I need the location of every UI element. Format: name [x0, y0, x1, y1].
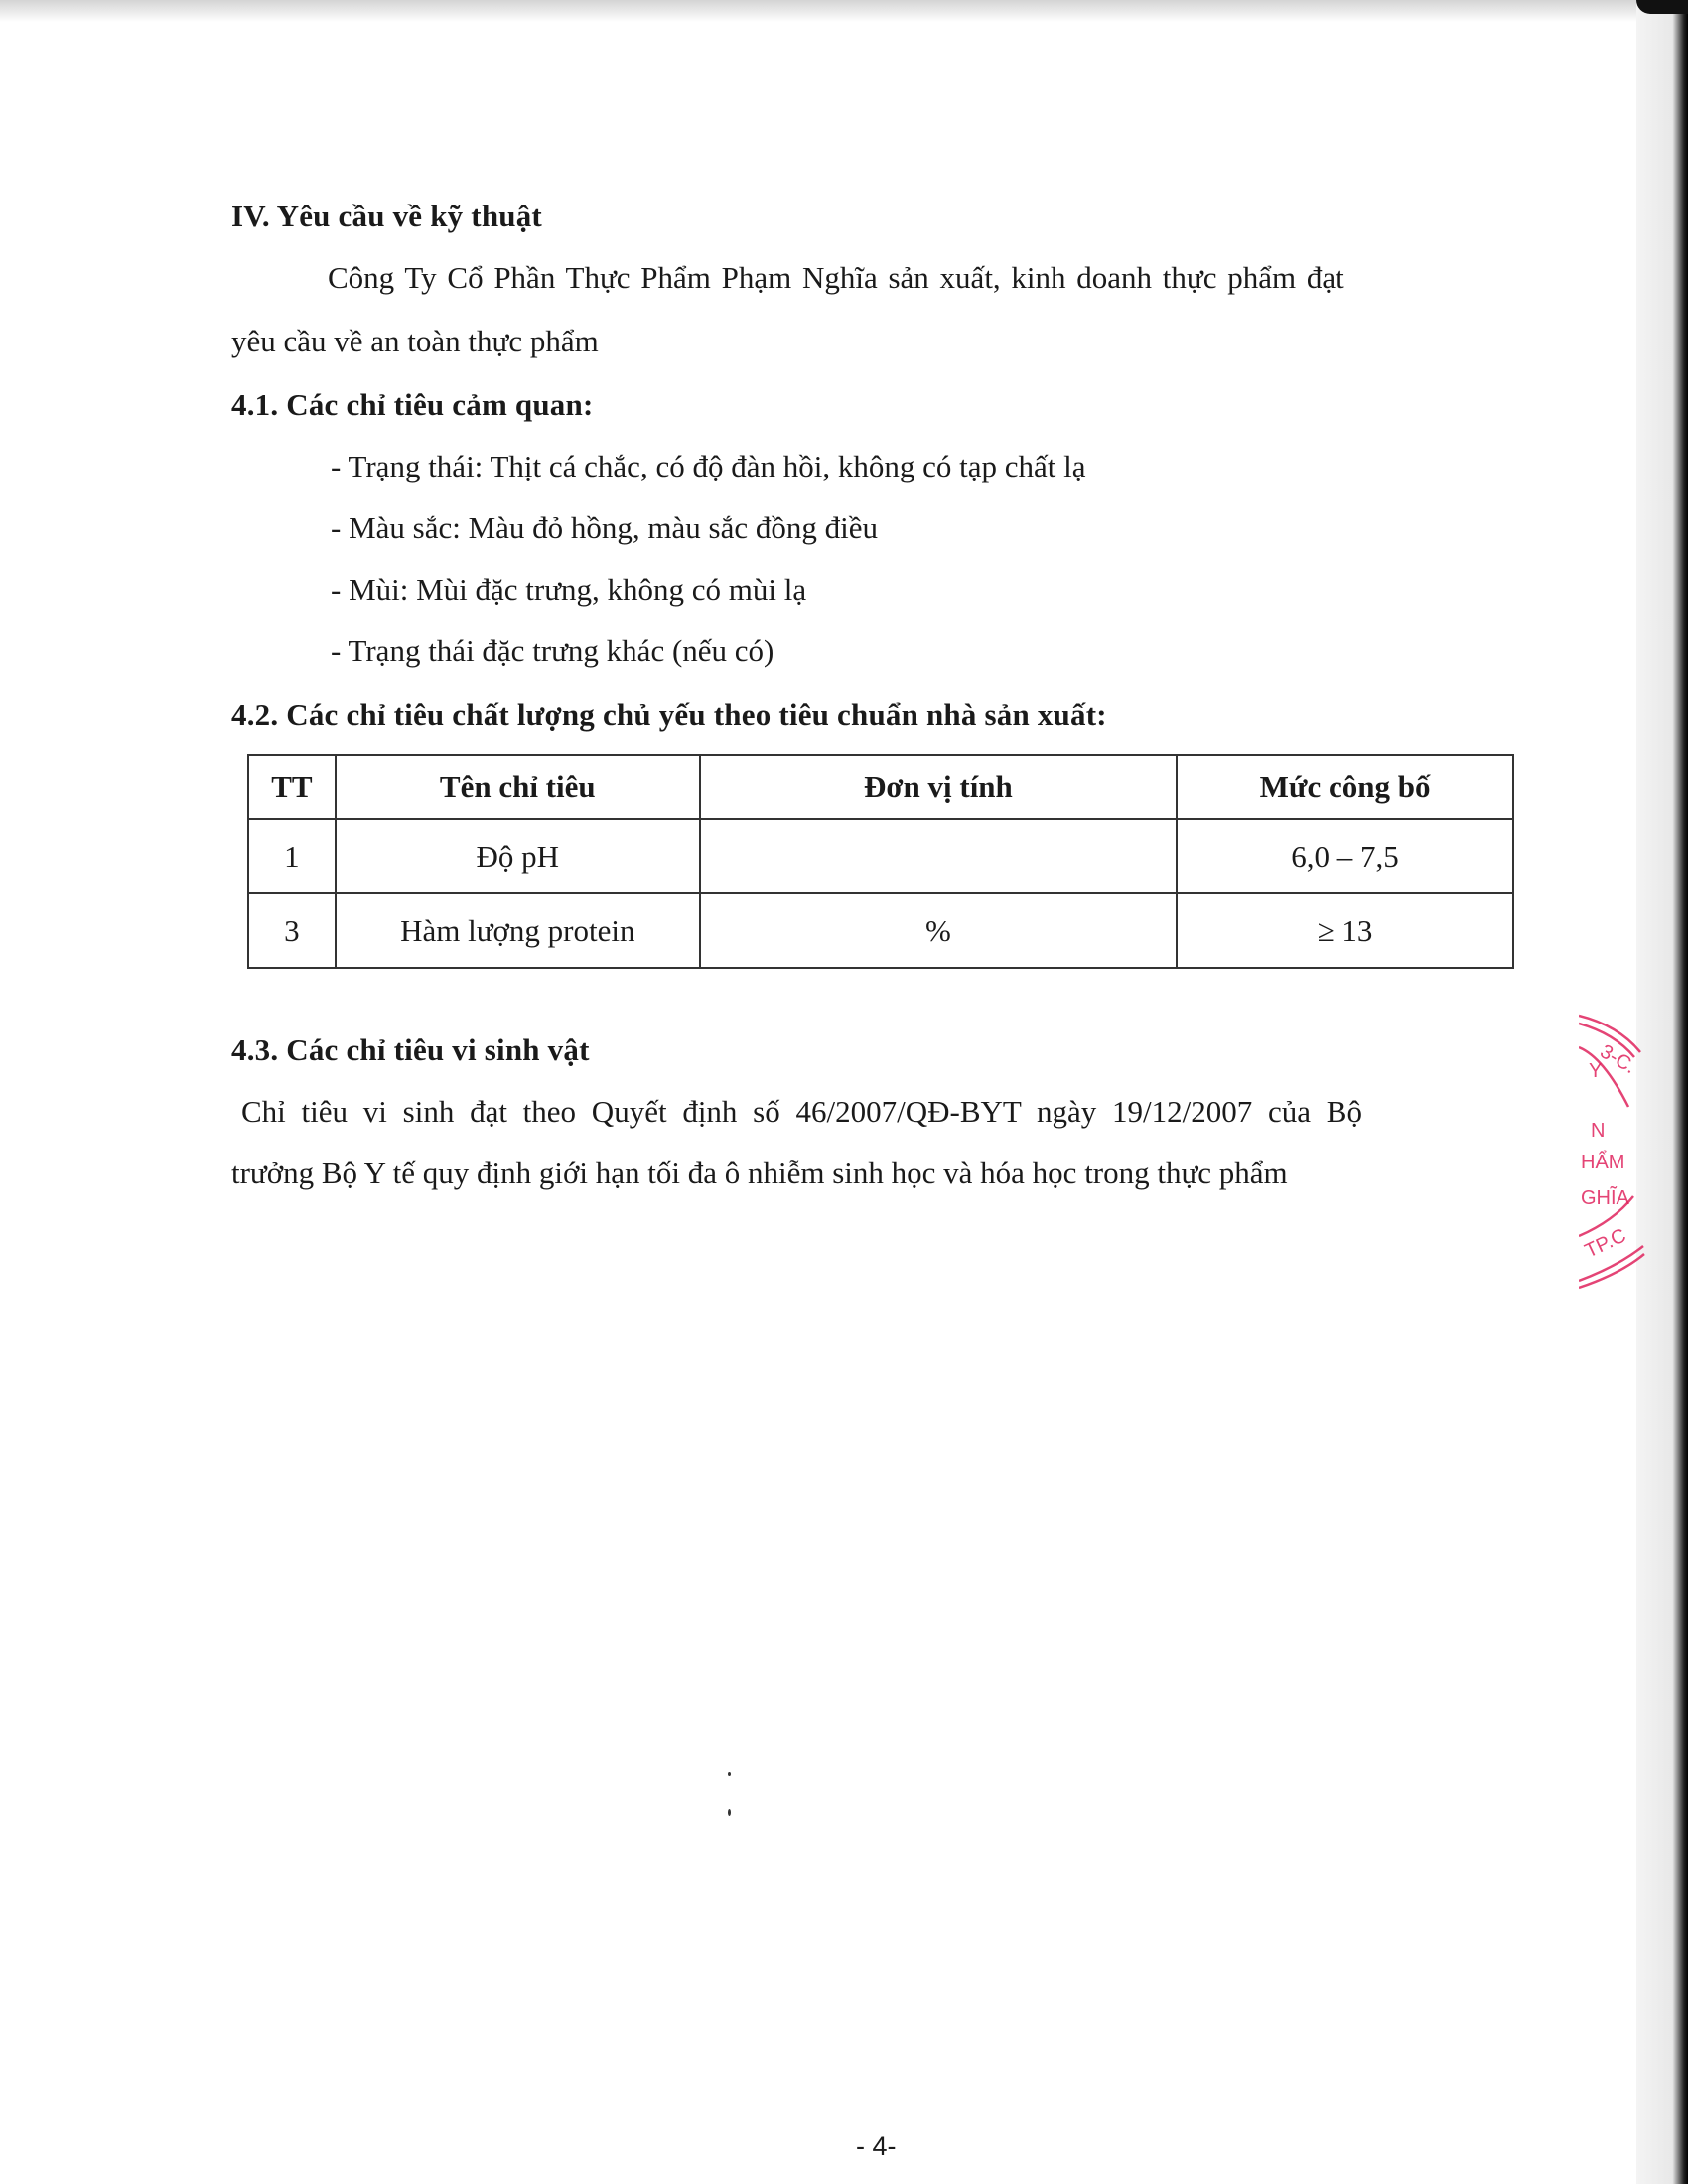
section-heading-technical-requirements: IV. Yêu cầu về kỹ thuật — [231, 199, 542, 234]
cell-criterion: Hàm lượng protein — [336, 893, 700, 968]
cell-unit — [700, 819, 1177, 893]
cell-unit: % — [700, 893, 1177, 968]
intro-paragraph-line-1: Công Ty Cổ Phần Thực Phẩm Phạm Nghĩa sản… — [328, 260, 1344, 296]
sensory-item-state: - Trạng thái: Thịt cá chắc, có độ đàn hồ… — [331, 449, 1085, 484]
table-row: 3 Hàm lượng protein % ≥ 13 — [248, 893, 1513, 968]
stamp-text: GHĨA — [1581, 1185, 1630, 1209]
microbiology-paragraph-line-1: Chỉ tiêu vi sinh đạt theo Quyết định số … — [241, 1094, 1362, 1130]
sensory-item-other: - Trạng thái đặc trưng khác (nếu có) — [331, 633, 774, 669]
scan-speck — [728, 1772, 731, 1776]
table-row: 1 Độ pH 6,0 – 7,5 — [248, 819, 1513, 893]
column-header-no: TT — [248, 755, 336, 819]
sensory-item-smell: - Mùi: Mùi đặc trưng, không có mùi lạ — [331, 572, 806, 608]
sensory-heading: 4.1. Các chỉ tiêu cảm quan: — [231, 387, 593, 423]
microbiology-paragraph-line-2: trưởng Bộ Y tế quy định giới hạn tối đa … — [231, 1156, 1288, 1191]
scan-corner — [1636, 0, 1688, 14]
column-header-criterion: Tên chỉ tiêu — [336, 755, 700, 819]
cell-no: 1 — [248, 819, 336, 893]
stamp-text: 3-C. — [1597, 1040, 1640, 1078]
stamp-text: HẨM — [1581, 1151, 1624, 1173]
page-number: - 4- — [856, 2131, 897, 2162]
column-header-declared-level: Mức công bố — [1177, 755, 1513, 819]
stamp-text: N — [1591, 1120, 1605, 1142]
sensory-item-color: - Màu sắc: Màu đỏ hồng, màu sắc đồng điề… — [331, 510, 878, 546]
microbiology-heading: 4.3. Các chỉ tiêu vi sinh vật — [231, 1032, 590, 1068]
cell-criterion: Độ pH — [336, 819, 700, 893]
document-page: IV. Yêu cầu về kỹ thuật Công Ty Cổ Phần … — [0, 0, 1688, 2184]
quality-table: TT Tên chỉ tiêu Đơn vị tính Mức công bố … — [247, 754, 1514, 969]
cell-declared-level: 6,0 – 7,5 — [1177, 819, 1513, 893]
quality-table-header: TT Tên chỉ tiêu Đơn vị tính Mức công bố — [248, 755, 1513, 819]
cell-declared-level: ≥ 13 — [1177, 893, 1513, 968]
quality-heading: 4.2. Các chỉ tiêu chất lượng chủ yếu the… — [231, 697, 1107, 733]
scan-top-shadow — [0, 0, 1688, 22]
scan-speck — [728, 1809, 731, 1816]
intro-paragraph-line-2: yêu cầu về an toàn thực phẩm — [231, 324, 599, 359]
column-header-unit: Đơn vị tính — [700, 755, 1177, 819]
company-seal-stamp: 3-C. Y N HẨM GHĨA TP.C — [1579, 998, 1648, 1296]
cell-no: 3 — [248, 893, 336, 968]
stamp-text: Y — [1589, 1060, 1602, 1082]
